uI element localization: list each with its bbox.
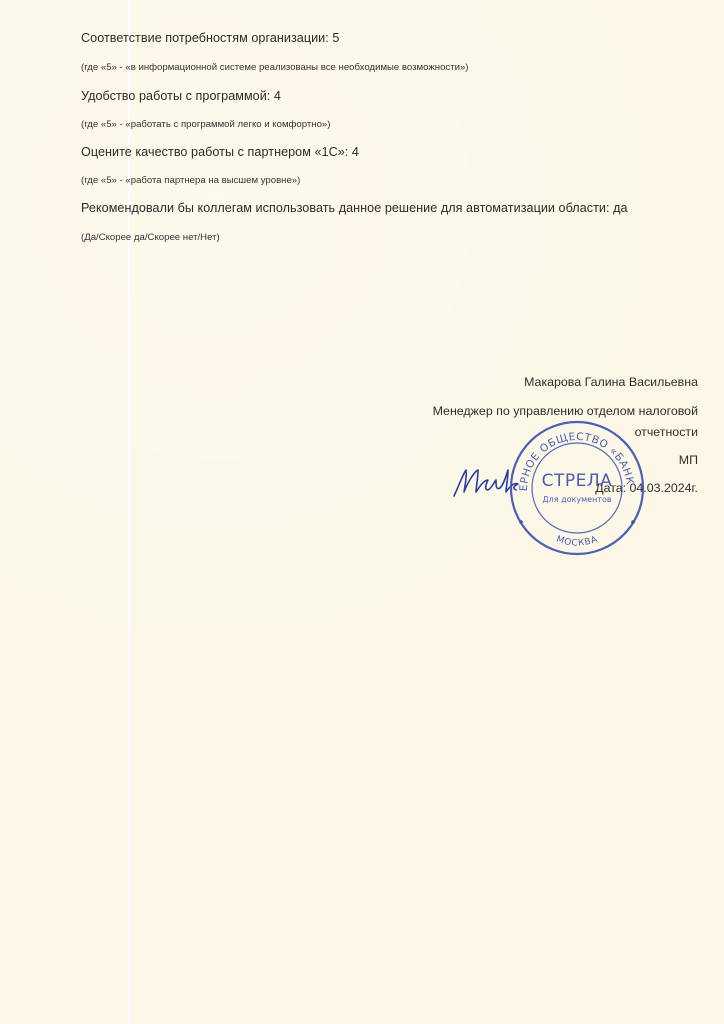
hint-fit-needs: (где «5» - «в информационной системе реа… [81,62,469,73]
company-stamp: АКЦИОНЕРНОЕ ОБЩЕСТВО «БАНК СТРЕЛА» МОСКВ… [507,418,647,558]
question-usability: Удобство работы с программой: 4 [81,89,281,103]
signatory-position-line1: Менеджер по управлению отделом налоговой [433,404,698,418]
question-recommend: Рекомендовали бы коллегам использовать д… [81,201,628,215]
hint-usability: (где «5» - «работать с программой легко … [81,119,330,130]
hint-partner-quality: (где «5» - «работа партнера на высшем ур… [81,175,300,186]
stamp-center-subtitle: Для документов [542,495,611,504]
svg-text:МОСКВА: МОСКВА [555,534,600,548]
question-fit-needs: Соответствие потребностям организации: 5 [81,31,339,45]
document-page: Соответствие потребностям организации: 5… [0,0,724,1024]
stamp-city-text: МОСКВА [555,534,600,548]
hint-recommend: (Да/Скорее да/Скорее нет/Нет) [81,232,220,243]
stamp-center-title: СТРЕЛА [542,471,613,491]
signatory-name: Макарова Галина Васильевна [524,375,698,389]
seal-mark-label: МП [679,453,698,467]
question-partner-quality: Оцените качество работы с партнером «1С»… [81,145,359,159]
